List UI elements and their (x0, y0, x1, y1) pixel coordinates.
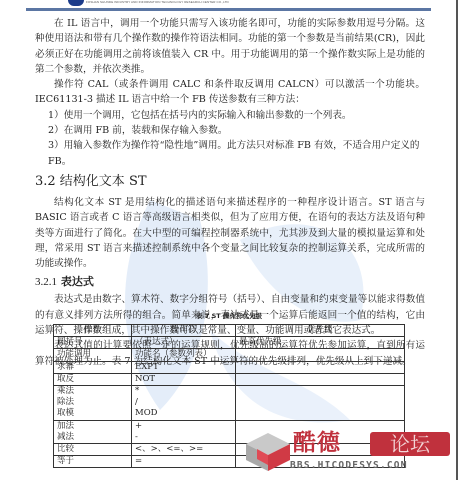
cell-operation: 比较 (54, 444, 132, 456)
forum-name: 酷德 (293, 430, 341, 456)
cell-operator: 功能名（参数列表） (132, 349, 236, 361)
cell-operation: 功能调用 (54, 349, 132, 361)
list-item: 1）使用一个调用，它包括在括号内的实际输入和输出参数的一个列表。 (35, 108, 425, 123)
table-row: 比较 <、>、<=、>= (54, 444, 405, 456)
cell-operator: <、>、<=、>= (132, 444, 236, 456)
header-rule (26, 8, 431, 11)
list-item: 2）在调用 FB 前，装载和保存输入参数。 (35, 123, 425, 138)
cell-priority (236, 349, 405, 361)
section-heading-3-2: 3.2 结构化文本 ST (35, 173, 425, 191)
cell-operator: NOT (132, 373, 236, 385)
section-heading-3-2-1: 3.2.1 表达式 (35, 274, 425, 290)
page-edge-border (456, 0, 458, 480)
cell-priority: 最高优先级 (236, 337, 405, 349)
forum-cube-logo-icon (243, 431, 293, 473)
paragraph: 在 IL 语言中，调用一个功能只需写入该功能名即可，功能的实际参数用逗号分隔。这… (35, 16, 425, 77)
paragraph: 操作符 CAL（或条件调用 CALC 和条件取反调用 CALCN）可以激活一个功… (35, 77, 425, 108)
table-row: 圆括号 （表达式） 最高优先级 (54, 337, 405, 349)
cell-priority (236, 386, 405, 421)
column-header: 操作符 (132, 325, 236, 337)
list-item: 3）用输入参数作为操作符“隐性地”调用。此方法只对标准 FB 有效，不适合用户定… (35, 138, 425, 169)
cell-operation: 乘法 除法 取模 (54, 386, 132, 421)
table-row: 乘法 除法 取模 * / MOD (54, 386, 405, 421)
operator-precedence-table: 操作 操作符 优先级 圆括号 （表达式） 最高优先级 功能调用 功能名（参数列表… (53, 324, 405, 468)
table-caption: 表 7 ST 操作符优先级 (53, 311, 405, 320)
table-row: 功能调用 功能名（参数列表） (54, 349, 405, 361)
column-header: 操作 (54, 325, 132, 337)
cell-operation: 求幂 (54, 361, 132, 373)
table-row: 取反 NOT (54, 373, 405, 385)
table-row: 求幂 EXPT (54, 361, 405, 373)
table-row: 加法 减法 + - (54, 420, 405, 443)
forum-url: BBS.HICODESYS.COM (290, 460, 408, 471)
cell-priority (236, 373, 405, 385)
cell-operator: （表达式） (132, 337, 236, 349)
cell-operation: 取反 (54, 373, 132, 385)
cell-priority (236, 361, 405, 373)
section-title: 表达式 (61, 275, 94, 288)
forum-badge: 论坛 (370, 432, 450, 456)
cell-operation: 圆括号 (54, 337, 132, 349)
cell-operation: 等于 (54, 456, 132, 468)
cell-operator: = (132, 456, 236, 468)
org-logo-icon (68, 0, 84, 6)
section-number: 3.2.1 (35, 276, 57, 288)
cell-operator: + - (132, 420, 236, 443)
org-subtitle: FOSHAN SHUNDE INDUSTRY AND INFORMATION T… (86, 0, 229, 4)
cell-operation: 加法 减法 (54, 420, 132, 443)
paragraph: 结构化文本 ST 是用结构化的描述语句来描述程序的一种程序设计语言。ST 语言与… (35, 195, 425, 271)
column-header: 优先级 (236, 325, 405, 337)
table-header-row: 操作 操作符 优先级 (54, 325, 405, 337)
cell-operator: * / MOD (132, 386, 236, 421)
cell-operator: EXPT (132, 361, 236, 373)
